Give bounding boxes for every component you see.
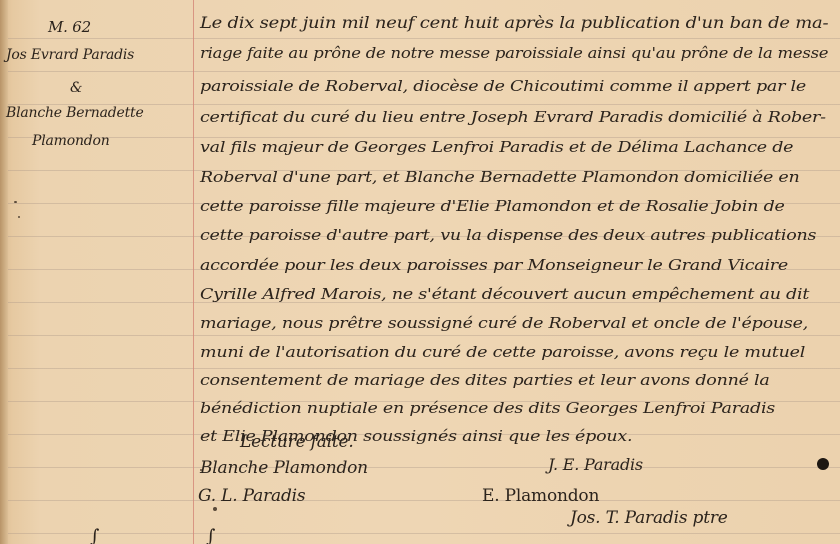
body-line-5: val fils majeur de Georges Lenfroi Parad… xyxy=(200,138,793,156)
margin-bride-first-names: Blanche Bernadette xyxy=(6,105,144,121)
body-line-4: certificat du curé du lieu entre Joseph … xyxy=(200,108,826,126)
body-line-6: Roberval d'une part, et Blanche Bernadet… xyxy=(200,168,800,186)
body-line-2: riage faite au prône de notre messe paro… xyxy=(200,44,828,62)
binding-edge xyxy=(0,0,8,544)
punch-hole xyxy=(817,458,829,470)
body-line-1: Le dix sept juin mil neuf cent huit aprè… xyxy=(200,14,828,32)
ink-speck xyxy=(14,201,17,203)
ink-blot xyxy=(213,507,217,511)
margin-bride-last-name: Plamondon xyxy=(32,133,110,149)
ink-speck xyxy=(200,469,202,471)
reading-note: Lecture faite. xyxy=(240,432,354,452)
body-line-12: muni de l'autorisation du curé de cette … xyxy=(200,343,805,361)
next-entry-fragment-margin: ∫ xyxy=(90,526,99,544)
body-line-14: bénédiction nuptiale en présence des dit… xyxy=(200,399,775,417)
body-line-8: cette paroisse d'autre part, vu la dispe… xyxy=(200,226,816,244)
body-line-11: mariage, nous prêtre soussigné curé de R… xyxy=(200,314,808,332)
signature-witness-g-l-paradis: G. L. Paradis xyxy=(198,486,305,506)
signature-groom: J. E. Paradis xyxy=(548,455,643,474)
register-page: M. 62 Jos Evrard Paradis & Blanche Berna… xyxy=(0,0,840,544)
body-line-9: accordée pour les deux paroisses par Mon… xyxy=(200,256,788,274)
margin-conjunction: & xyxy=(70,80,82,96)
margin-rule xyxy=(193,0,194,544)
ink-speck xyxy=(18,216,20,218)
body-line-3: paroissiale de Roberval, diocèse de Chic… xyxy=(200,77,806,95)
signature-bride: Blanche Plamondon xyxy=(200,458,368,478)
signature-witness-e-plamondon: E. Plamondon xyxy=(482,486,599,506)
body-line-13: consentement de mariage des dites partie… xyxy=(200,371,770,389)
body-line-7: cette paroisse fille majeure d'Elie Plam… xyxy=(200,197,785,215)
margin-groom-name: Jos Evrard Paradis xyxy=(6,47,134,63)
entry-number: M. 62 xyxy=(48,18,91,36)
next-entry-fragment-body: ∫ xyxy=(206,526,215,544)
body-line-10: Cyrille Alfred Marois, ne s'étant découv… xyxy=(200,285,809,303)
signature-priest: Jos. T. Paradis ptre xyxy=(570,508,728,528)
